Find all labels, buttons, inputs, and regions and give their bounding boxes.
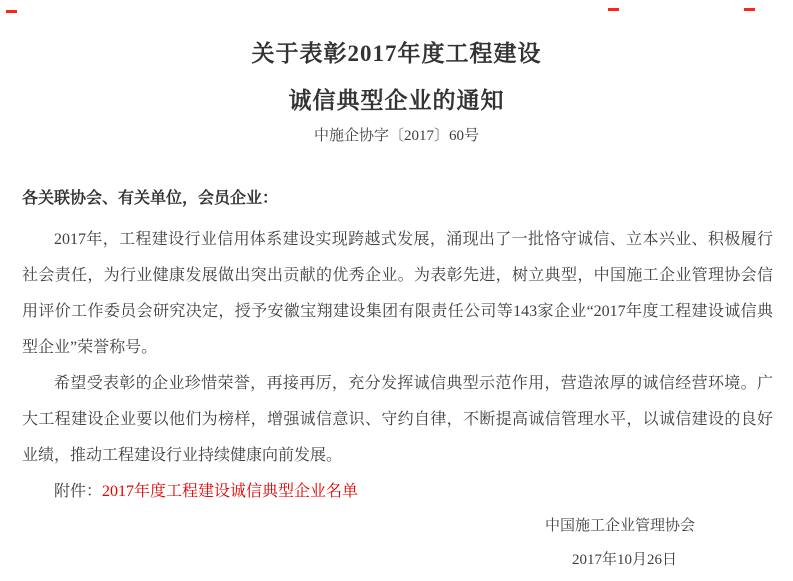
red-annotation-mark <box>744 8 755 11</box>
issue-date: 2017年10月26日 <box>22 542 773 578</box>
attachment-label: 附件： <box>54 483 102 500</box>
document-title: 关于表彰2017年度工程建设 诚信典型企业的通知 <box>0 30 793 124</box>
document-title-line-1: 关于表彰2017年度工程建设 <box>0 30 793 77</box>
salutation: 各关联协会、有关单位，会员企业： <box>22 186 773 212</box>
red-annotation-mark <box>608 8 619 11</box>
issuing-organization: 中国施工企业管理协会 <box>22 510 773 542</box>
document-body: 各关联协会、有关单位，会员企业： 2017年，工程建设行业信用体系建设实现跨越式… <box>0 186 793 578</box>
attachment-line: 附件：2017年度工程建设诚信典型企业名单 <box>22 474 773 510</box>
paragraph-2: 希望受表彰的企业珍惜荣誉，再接再厉，充分发挥诚信典型示范作用，营造浓厚的诚信经营… <box>22 366 773 474</box>
document-title-line-2: 诚信典型企业的通知 <box>0 77 793 124</box>
red-annotation-mark <box>6 10 17 13</box>
document-number: 中施企协字〔2017〕60号 <box>0 126 793 146</box>
attachment-link[interactable]: 2017年度工程建设诚信典型企业名单 <box>102 483 358 500</box>
paragraph-1: 2017年，工程建设行业信用体系建设实现跨越式发展，涌现出了一批恪守诚信、立本兴… <box>22 222 773 366</box>
notice-document-page: 关于表彰2017年度工程建设 诚信典型企业的通知 中施企协字〔2017〕60号 … <box>0 0 793 581</box>
